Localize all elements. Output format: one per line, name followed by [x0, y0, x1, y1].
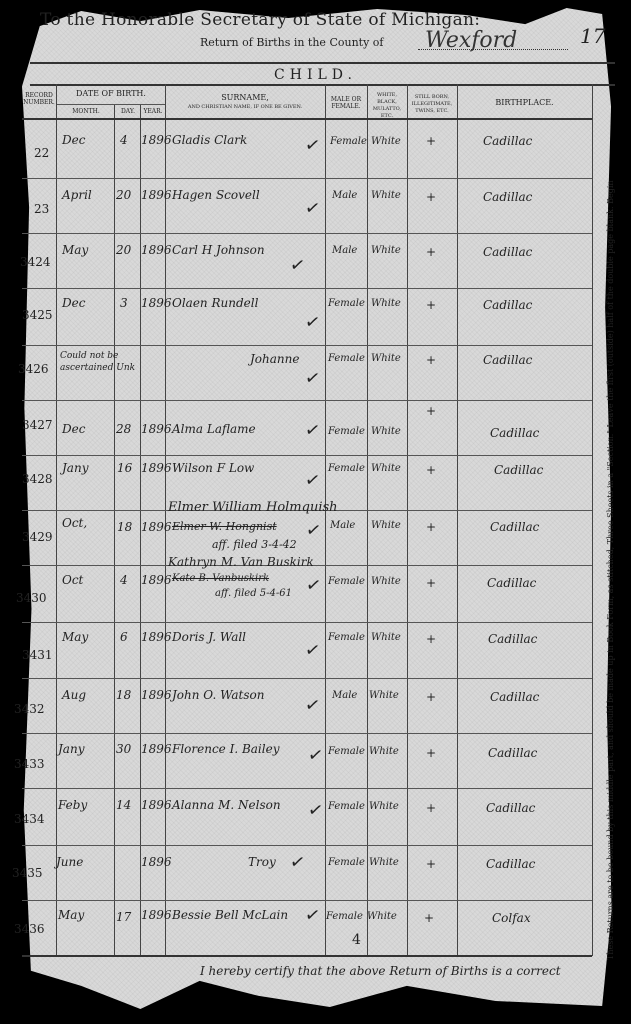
record-number: 3436: [14, 922, 45, 936]
record-number: 22: [34, 146, 49, 160]
grid-line: [407, 84, 408, 956]
child-race: White: [371, 245, 401, 256]
grid-line: [22, 118, 592, 120]
record-number: 3434: [14, 812, 45, 826]
birthplace: Cadillac: [483, 245, 532, 259]
child-name: John O. Watson: [172, 688, 264, 702]
record-number: 3432: [14, 702, 45, 716]
birth-day: 18: [116, 688, 131, 702]
row-divider: [22, 788, 592, 789]
child-sex: Female: [328, 298, 365, 309]
child-race: White: [371, 190, 401, 201]
birth-month: May: [58, 908, 84, 922]
child-sex: Male: [332, 690, 357, 701]
birthplace: Cadillac: [483, 298, 532, 312]
birth-day: 14: [116, 798, 131, 812]
birth-month: Could not be ascertained Unk: [60, 350, 150, 374]
child-race: White: [371, 632, 401, 643]
birth-year: 1896: [141, 573, 172, 587]
document-title: To the Honorable Secretary of State of M…: [40, 10, 480, 30]
affidavit-note: aff. filed 3-4-42: [212, 538, 297, 551]
grid-line: [114, 104, 115, 956]
page-mark: 4: [352, 932, 361, 948]
child-race: White: [367, 911, 397, 922]
col-status: STILL BORN, ILLEGITIMATE, TWINS, ETC.: [407, 94, 457, 115]
child-name-original: Kate B. Vanbuskirk: [172, 573, 269, 584]
binding-instructions: These Returns are to be bound by this mi…: [592, 120, 610, 960]
child-status: +: [426, 463, 436, 477]
birthplace: Cadillac: [488, 746, 537, 760]
birthplace: Cadillac: [490, 690, 539, 704]
child-status: +: [426, 134, 436, 148]
child-race: White: [371, 463, 401, 474]
col-day: DAY.: [115, 108, 141, 115]
child-sex: Female: [326, 911, 363, 922]
child-sex: Female: [328, 632, 365, 643]
record-number: 23: [34, 202, 49, 216]
birth-month: May: [62, 630, 88, 644]
grid-line: [57, 104, 165, 105]
grid-line: [325, 84, 326, 956]
child-name-original: Elmer W. Hongnist: [172, 520, 277, 533]
child-sex: Female: [328, 353, 365, 364]
record-number: 3424: [20, 255, 51, 269]
birth-year: 1896: [141, 243, 172, 257]
birthplace: Cadillac: [483, 190, 532, 204]
child-sex: Female: [330, 136, 367, 147]
child-sex: Male: [330, 520, 355, 531]
birthplace: Cadillac: [488, 632, 537, 646]
child-status: +: [426, 632, 436, 646]
birth-day: 28: [116, 422, 131, 436]
child-name: Hagen Scovell: [172, 188, 260, 202]
child-sex: Male: [332, 190, 357, 201]
child-name: Wilson F Low: [172, 461, 254, 475]
birthplace: Cadillac: [487, 576, 536, 590]
birthplace: Cadillac: [483, 134, 532, 148]
child-race: White: [371, 426, 401, 437]
col-date-of-birth: DATE OF BIRTH.: [57, 90, 165, 97]
birth-day: 16: [117, 461, 132, 475]
child-status: +: [426, 746, 436, 760]
grid-line: [56, 84, 57, 956]
child-race: White: [371, 576, 401, 587]
child-race: White: [369, 690, 399, 701]
child-sex: Male: [332, 245, 357, 256]
col-sex: MALE OR FEMALE.: [325, 96, 367, 110]
birth-month: Dec: [62, 296, 85, 310]
birthplace: Colfax: [492, 911, 531, 925]
child-status: +: [424, 911, 434, 925]
record-number: 3433: [14, 757, 45, 771]
row-divider: [22, 178, 592, 179]
birth-month: Jany: [62, 461, 88, 475]
birth-year: 1896: [141, 908, 172, 922]
birth-day: 20: [116, 243, 131, 257]
child-status: +: [426, 353, 436, 367]
record-number: 3429: [22, 530, 53, 544]
record-number: 3428: [22, 472, 53, 486]
birth-month: June: [56, 855, 83, 869]
birthplace: Cadillac: [486, 857, 535, 871]
document-subtitle: Return of Births in the County of: [200, 36, 383, 49]
record-number: 3430: [16, 591, 47, 605]
row-divider: [22, 733, 592, 734]
child-race: White: [371, 298, 401, 309]
child-name: Bessie Bell McLain: [172, 908, 288, 922]
birthplace: Cadillac: [486, 801, 535, 815]
birth-month: Dec: [62, 133, 85, 147]
row-divider: [22, 345, 592, 346]
birth-year: 1896: [141, 798, 172, 812]
birth-month: Dec: [62, 422, 85, 436]
child-status: +: [426, 857, 436, 871]
birth-day: 18: [117, 520, 132, 534]
child-race: White: [369, 857, 399, 868]
row-divider: [22, 955, 592, 957]
record-number: 3426: [18, 362, 49, 376]
child-sex: Female: [328, 576, 365, 587]
row-divider: [22, 400, 592, 401]
certification-text: I hereby certify that the above Return o…: [200, 964, 561, 978]
child-sex: Female: [328, 801, 365, 812]
child-status: +: [426, 801, 436, 815]
birth-month: Jany: [58, 742, 84, 756]
row-divider: [22, 622, 592, 623]
child-status: +: [426, 404, 436, 418]
birth-month: April: [62, 188, 92, 202]
birth-month: Oct: [62, 573, 83, 587]
record-number: 3425: [22, 308, 53, 322]
birth-year: 1896: [141, 461, 172, 475]
row-divider: [22, 233, 592, 234]
child-name: Olaen Rundell: [172, 296, 258, 310]
child-status: +: [426, 190, 436, 204]
birthplace: Cadillac: [483, 353, 532, 367]
birthplace: Cadillac: [490, 520, 539, 534]
birth-year: 1896: [141, 422, 172, 436]
child-race: White: [371, 136, 401, 147]
birthplace: Cadillac: [494, 463, 543, 477]
birth-day: 6: [120, 630, 128, 644]
child-name: Johanne: [250, 352, 299, 366]
col-month: MONTH.: [57, 108, 115, 115]
record-number: 3427: [22, 418, 53, 432]
child-name: Alma Laflame: [172, 422, 256, 436]
child-status: +: [426, 576, 436, 590]
birth-month: Feby: [58, 798, 87, 812]
col-year: YEAR.: [141, 108, 165, 115]
child-status: +: [426, 245, 436, 259]
birth-day: 20: [116, 188, 131, 202]
child-sex: Female: [328, 426, 365, 437]
birthplace: Cadillac: [490, 426, 539, 440]
header-rule: [30, 84, 615, 86]
child-name: Carl H Johnson: [172, 243, 265, 257]
grid-line: [457, 84, 458, 956]
birth-year: 1896: [141, 855, 172, 869]
birth-day: 4: [120, 573, 128, 587]
child-race: White: [369, 746, 399, 757]
county-name: Wexford: [425, 28, 517, 53]
col-surname-sub: AND CHRISTIAN NAME, IF ONE BE GIVEN.: [165, 104, 325, 111]
child-status: +: [426, 520, 436, 534]
child-name-corrected: Elmer William Holmquish: [168, 500, 338, 515]
birth-day: 4: [120, 133, 128, 147]
birth-year: 1896: [141, 188, 172, 202]
child-name: Alanna M. Nelson: [172, 798, 281, 812]
record-number: 3435: [12, 866, 43, 880]
birth-year: 1896: [141, 520, 172, 534]
col-surname: SURNAME,: [165, 94, 325, 101]
row-divider: [22, 845, 592, 846]
row-divider: [22, 455, 592, 456]
birth-day: 17: [116, 910, 131, 924]
child-status: +: [426, 690, 436, 704]
header-rule: [30, 62, 615, 64]
child-race: White: [371, 520, 401, 531]
birth-month: Oct,: [62, 516, 87, 530]
child-race: White: [369, 801, 399, 812]
birth-year: 1896: [141, 133, 172, 147]
col-race: WHITE, BLACK, MULATTO, ETC.: [367, 92, 407, 120]
birth-year: 1896: [141, 742, 172, 756]
record-number: 3431: [22, 648, 53, 662]
child-name-corrected: Kathryn M. Van Buskirk: [168, 555, 314, 569]
child-name: Doris J. Wall: [172, 630, 246, 644]
row-divider: [22, 900, 592, 901]
col-birthplace: BIRTHPLACE.: [457, 99, 592, 106]
grid-line: [367, 84, 368, 956]
birth-day: 30: [116, 742, 131, 756]
child-name: Troy: [248, 855, 276, 869]
child-sex: Female: [328, 463, 365, 474]
birth-day: 3: [120, 296, 128, 310]
child-sex: Female: [328, 857, 365, 868]
child-status: +: [426, 298, 436, 312]
birth-year: 1896: [141, 296, 172, 310]
child-name: Florence I. Bailey: [172, 742, 280, 756]
row-divider: [22, 288, 592, 289]
page-number: 17: [580, 24, 605, 48]
birth-year: 1896: [141, 630, 172, 644]
binding-instructions-text: These Returns are to be bound by this mi…: [606, 180, 615, 960]
section-title: CHILD.: [0, 67, 631, 83]
col-record-number: RECORD NUMBER.: [22, 92, 56, 106]
birth-year: 1896: [141, 688, 172, 702]
child-race: White: [371, 353, 401, 364]
birth-month: Aug: [62, 688, 86, 702]
affidavit-note: aff. filed 5-4-61: [215, 588, 292, 599]
child-name: Gladis Clark: [172, 133, 247, 147]
child-sex: Female: [328, 746, 365, 757]
birth-month: May: [62, 243, 88, 257]
row-divider: [22, 678, 592, 679]
